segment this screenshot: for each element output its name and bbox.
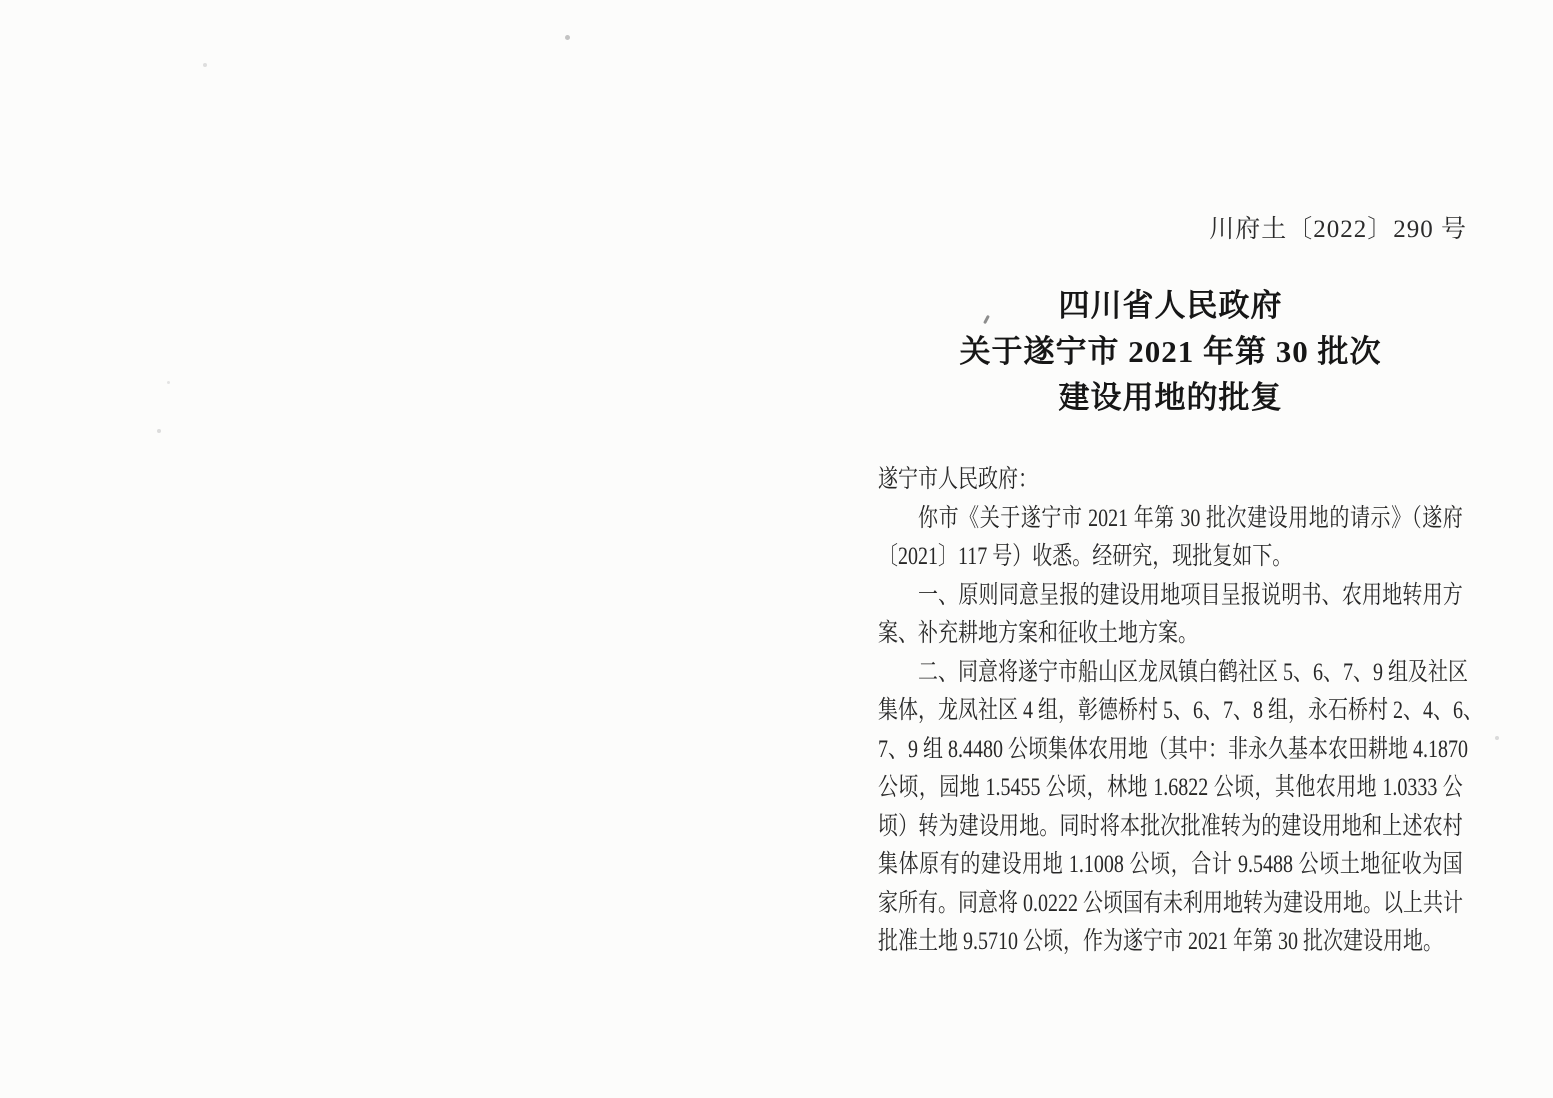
- title-line-type: 建设用地的批复: [878, 375, 1463, 421]
- scan-speck: [167, 381, 170, 384]
- body-line: 家所有。同意将 0.0222 公顷国有未利用地转为建设用地。以上共计: [878, 885, 1463, 924]
- body-line: 集体原有的建设用地 1.1008 公顷，合计 9.5488 公顷土地征收为国: [878, 846, 1463, 885]
- scan-speck: [157, 429, 161, 433]
- body-line: 集体，龙凤社区 4 组，彰德桥村 5、6、7、8 组，永石桥村 2、4、6、: [878, 692, 1463, 731]
- body-line: 7、9 组 8.4480 公顷集体农用地（其中：非永久基本农田耕地 4.1870: [878, 731, 1463, 770]
- title-line-issuer: 四川省人民政府: [878, 283, 1463, 329]
- body-line: 公顷，园地 1.5455 公顷，林地 1.6822 公顷，其他农用地 1.033…: [878, 769, 1463, 808]
- body-line: 案、补充耕地方案和征收土地方案。: [878, 615, 1463, 654]
- body-line: 你市《关于遂宁市 2021 年第 30 批次建设用地的请示》（遂府: [878, 500, 1463, 539]
- title-line-subject: 关于遂宁市 2021 年第 30 批次: [878, 329, 1463, 375]
- document-body: 遂宁市人民政府： 你市《关于遂宁市 2021 年第 30 批次建设用地的请示》（…: [878, 461, 1463, 962]
- scan-speck: [203, 63, 207, 67]
- scan-speck: [1495, 736, 1499, 740]
- document-title: 四川省人民政府 关于遂宁市 2021 年第 30 批次 建设用地的批复: [878, 283, 1463, 421]
- body-line: 一、原则同意呈报的建设用地项目呈报说明书、农用地转用方: [878, 577, 1463, 616]
- document-reference-number: 川府土〔2022〕290 号: [878, 209, 1467, 245]
- body-line: 〔2021〕117 号）收悉。经研究，现批复如下。: [878, 538, 1463, 577]
- body-line: 批准土地 9.5710 公顷，作为遂宁市 2021 年第 30 批次建设用地。: [878, 923, 1463, 962]
- scanned-document-page: 川府土〔2022〕290 号 四川省人民政府 关于遂宁市 2021 年第 30 …: [0, 0, 1553, 1098]
- scan-speck: [565, 35, 570, 40]
- salutation: 遂宁市人民政府：: [878, 461, 1463, 500]
- body-line: 二、同意将遂宁市船山区龙凤镇白鹤社区 5、6、7、9 组及社区: [878, 654, 1463, 693]
- body-line: 顷）转为建设用地。同时将本批次批准转为的建设用地和上述农村: [878, 808, 1463, 847]
